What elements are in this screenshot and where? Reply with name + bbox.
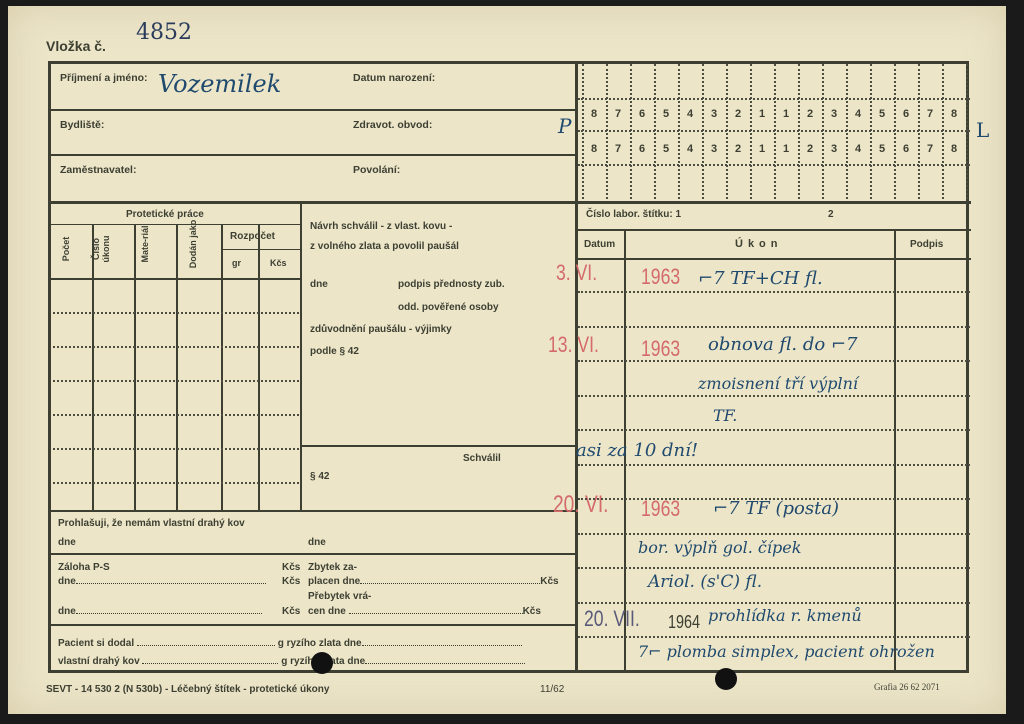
grid-line	[53, 346, 299, 348]
currency-label: Kčs	[282, 576, 300, 587]
budget-header: Rozpočet	[230, 231, 275, 242]
grid-line	[53, 312, 299, 314]
tooth-lower-12: 5	[872, 143, 892, 155]
approval-line2: z volného zlata a povolil paušál	[310, 241, 459, 252]
declaration-date-left: dne	[58, 537, 76, 548]
grid-line	[578, 326, 970, 328]
grid-line	[53, 380, 299, 382]
entry2-date: 13. VI.	[548, 332, 599, 358]
divider	[51, 510, 575, 512]
tooth-lower-4: 4	[680, 143, 700, 155]
tooth-lower-0: 8	[584, 143, 604, 155]
tooth-upper-7: 1	[752, 108, 772, 120]
entry2-text3: TF.	[713, 406, 737, 425]
grid-line	[221, 224, 223, 510]
tooth-upper-6: 2	[728, 108, 748, 120]
punch-hole	[715, 668, 737, 690]
tooth-lower-14: 7	[920, 143, 940, 155]
divider	[221, 249, 301, 250]
grid-line	[578, 164, 970, 166]
entry2-text2: zmoisnení tří výplní	[698, 374, 858, 393]
entry1-year: 1963	[641, 264, 680, 290]
tooth-lower-5: 3	[704, 143, 724, 155]
budget-col-gr: gr	[232, 258, 241, 268]
gold-line1: Pacient si dodal g ryzího zlata dne	[58, 638, 522, 649]
tooth-upper-13: 6	[896, 108, 916, 120]
tooth-upper-3: 5	[656, 108, 676, 120]
footer-form-id: SEVT - 14 530 2 (N 530b) - Léčebný štíte…	[46, 684, 329, 695]
approval-line3: zdůvodnění paušálu - výjimky	[310, 324, 452, 335]
birth-date-label: Datum narození:	[353, 72, 435, 84]
approval-signature1: podpis přednosty zub.	[398, 279, 505, 290]
entry3-text3: Ariol. (s'C) fl.	[648, 572, 762, 592]
tooth-upper-2: 6	[632, 108, 652, 120]
grid-line	[578, 567, 970, 569]
grid-line	[578, 360, 970, 362]
deposit-date1: dne	[58, 576, 266, 587]
gold-line2: vlastní drahý kov g ryzího zlata dne	[58, 656, 525, 667]
grid-line	[578, 498, 970, 500]
entry2-text: obnova fl. do ⌐7	[708, 334, 857, 355]
tooth-lower-15: 8	[944, 143, 964, 155]
occupation-label: Povolání:	[353, 164, 400, 176]
grid-line	[578, 291, 970, 293]
insert-number-value: 4852	[136, 20, 192, 45]
col-delivered-as: Dodán jako	[188, 219, 198, 269]
grid-line	[578, 533, 970, 535]
footer-printer: Grafia 26 62 2071	[874, 682, 940, 692]
divider	[51, 109, 575, 111]
tooth-upper-5: 3	[704, 108, 724, 120]
divider	[51, 553, 575, 555]
surplus-label1: Přebytek vrá-	[308, 591, 371, 602]
tooth-upper-0: 8	[584, 108, 604, 120]
tooth-lower-10: 3	[824, 143, 844, 155]
divider	[51, 201, 971, 204]
approval-date-label: dne	[310, 279, 328, 290]
tooth-lower-13: 6	[896, 143, 916, 155]
lab-label: Číslo labor. štítku: 1	[586, 209, 681, 220]
insert-number-label: Vložka č.	[46, 38, 106, 54]
grid-line	[578, 98, 970, 100]
currency-label: Kčs	[282, 562, 300, 573]
entry1-date: 3. VI.	[556, 260, 597, 286]
lab-number-2: 2	[828, 209, 834, 220]
tooth-upper-4: 4	[680, 108, 700, 120]
grid-line	[578, 636, 970, 638]
tooth-lower-2: 6	[632, 143, 652, 155]
tooth-upper-10: 3	[824, 108, 844, 120]
entry4-date: 20. VII.	[584, 606, 640, 632]
grid-line	[53, 482, 299, 484]
col-date: Datum	[584, 239, 615, 250]
divider	[51, 624, 575, 626]
tooth-upper-1: 7	[608, 108, 628, 120]
health-district-label: Zdravot. obvod:	[353, 119, 432, 131]
surplus-label2: cen dne Kčs	[308, 606, 541, 617]
entry-note: asi za 10 dní!	[576, 440, 698, 461]
health-district-value: P	[558, 114, 571, 138]
col-material: Mate-riál	[140, 219, 150, 269]
address-label: Bydliště:	[60, 119, 104, 131]
grid-line	[578, 464, 970, 466]
tooth-upper-11: 4	[848, 108, 868, 120]
deposit-date2: dne	[58, 606, 262, 617]
margin-mark: L	[976, 118, 989, 142]
tooth-lower-3: 5	[656, 143, 676, 155]
entry3-text2: bor. výplň gol. čípek	[638, 538, 801, 557]
section-label: § 42	[310, 471, 329, 482]
divider	[578, 229, 971, 231]
col-procedure-number: Číslo úkonu	[91, 224, 111, 274]
entry4-text2: 7⌐ plomba simplex, pacient ohrožen	[638, 642, 935, 661]
employer-label: Zaměstnavatel:	[60, 164, 136, 176]
tooth-lower-8: 1	[776, 143, 796, 155]
col-procedure: Úkon	[735, 238, 783, 250]
approval-line4: podle § 42	[310, 346, 359, 357]
name-value: Vozemilek	[158, 70, 281, 98]
name-label: Příjmení a jméno:	[60, 72, 148, 84]
divider	[301, 445, 575, 447]
grid-line	[176, 224, 178, 510]
grid-line	[578, 395, 970, 397]
grid-line	[53, 414, 299, 416]
tooth-lower-9: 2	[800, 143, 820, 155]
grid-line	[134, 224, 136, 510]
tooth-lower-1: 7	[608, 143, 628, 155]
entry3-date: 20. VI.	[553, 491, 609, 519]
footer-date: 11/62	[540, 684, 564, 695]
tooth-upper-9: 2	[800, 108, 820, 120]
entry3-text: ⌐7 TF (posta)	[713, 498, 839, 519]
budget-col-kcs: Kčs	[270, 258, 287, 268]
entry4-text: prohlídka r. kmenů	[708, 606, 862, 625]
punch-hole	[311, 652, 333, 674]
tooth-upper-12: 5	[872, 108, 892, 120]
grid-line	[578, 602, 970, 604]
grid-line	[578, 130, 970, 132]
tooth-lower-11: 4	[848, 143, 868, 155]
tooth-lower-6: 2	[728, 143, 748, 155]
dental-record-card: Vložka č. 4852 Příjmení a jméno: Vozemil…	[8, 6, 1006, 714]
entry2-year: 1963	[641, 336, 680, 362]
entry4-year: 1964	[668, 612, 700, 633]
tooth-upper-15: 8	[944, 108, 964, 120]
divider	[578, 258, 971, 260]
declaration-date-right: dne	[308, 537, 326, 548]
tooth-lower-7: 1	[752, 143, 772, 155]
grid-line	[92, 224, 94, 510]
currency-label: Kčs	[282, 606, 300, 617]
grid-line	[53, 448, 299, 450]
grid-line	[258, 224, 260, 510]
deposit-title: Záloha P-S	[58, 562, 110, 573]
col-signature: Podpis	[910, 239, 943, 250]
declaration-text: Prohlašuji, že nemám vlastní drahý kov	[58, 518, 245, 529]
grid-line	[578, 429, 970, 431]
divider	[894, 230, 896, 673]
tooth-upper-8: 1	[776, 108, 796, 120]
approval-line1: Návrh schválil - z vlast. kovu -	[310, 221, 452, 232]
entry1-text: ⌐7 TF+CH fl.	[698, 268, 823, 289]
divider	[51, 154, 575, 156]
rest-label2: placen dneKčs	[308, 576, 559, 587]
approved-label: Schválil	[463, 453, 501, 464]
approval-signature2: odd. pověřené osoby	[398, 302, 499, 313]
col-count: Počet	[61, 227, 71, 271]
tooth-upper-14: 7	[920, 108, 940, 120]
rest-label1: Zbytek za-	[308, 562, 357, 573]
